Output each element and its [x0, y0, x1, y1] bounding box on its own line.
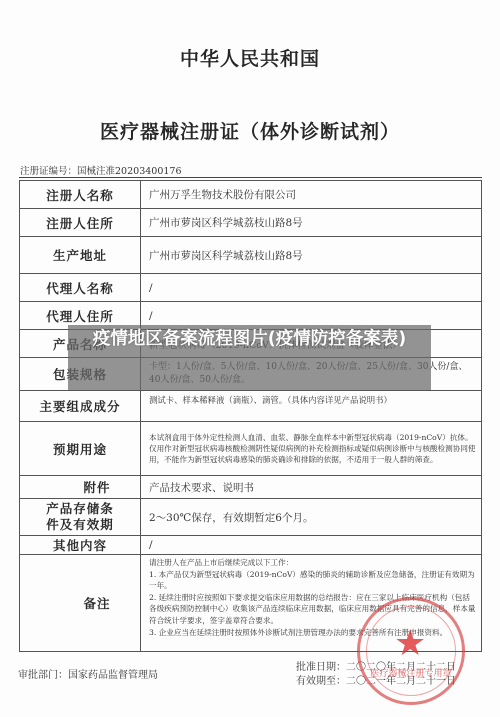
note-line: 1. 本产品仅为新型冠状病毒（2019-nCoV）感染的肺炎的辅助诊断及应急储备… [149, 569, 477, 592]
row-value: 广州万孚生物技术股份有限公司 [141, 181, 482, 209]
row-value: 2～30℃保存，有效期暂定6个月。 [141, 499, 482, 536]
row-value: 广州市萝岗区科学城荔枝山路8号 [141, 209, 482, 237]
table-row: 其他内容 / [20, 536, 482, 555]
note-line: 请注册人在产品上市后继续完成以下工作： [149, 557, 477, 569]
row-label: 附件 [20, 476, 141, 499]
approval-department: 审批部门：国家药品监督管理局 [18, 666, 158, 681]
certificate-table: 注册人名称 广州万孚生物技术股份有限公司 注册人住所 广州市萝岗区科学城荔枝山路… [19, 180, 482, 652]
seal-text: 医疗器械注册专用章 [360, 666, 462, 679]
caption-text: 疫情地区备案流程图片(疫情防控备案表) [68, 327, 431, 351]
row-value: 本试剂盒用于体外定性检测人血清、血浆、静脉全血样本中新型冠状病毒（2019-nC… [141, 422, 482, 476]
registration-number: 注册证编号：国械注准20203400176 [20, 163, 182, 177]
row-value: 测试卡、样本稀释液（滴瓶）、滴管。（具体内容详见产品说明书） [141, 391, 482, 422]
table-row: 注册人名称 广州万孚生物技术股份有限公司 [20, 181, 482, 209]
official-seal: ★ 医疗器械注册专用章 [357, 597, 465, 705]
row-value: / [141, 274, 482, 302]
row-value: / [141, 536, 482, 555]
table-row: 附件 产品技术要求、说明书 [20, 476, 482, 499]
row-label: 备注 [20, 555, 141, 652]
table-row: 注册人住所 广州市萝岗区科学城荔枝山路8号 [20, 209, 482, 237]
row-label: 生产地址 [20, 237, 141, 274]
country-title: 中华人民共和国 [0, 44, 500, 71]
table-row: 主要组成成分 测试卡、样本稀释液（滴瓶）、滴管。（具体内容详见产品说明书） [20, 391, 482, 422]
row-label-line: 件及有效期 [20, 517, 140, 533]
row-label: 产品存储条 件及有效期 [20, 499, 141, 536]
table-row: 产品存储条 件及有效期 2～30℃保存，有效期暂定6个月。 [20, 499, 482, 536]
row-label: 主要组成成分 [20, 391, 141, 422]
row-value: 产品技术要求、说明书 [141, 476, 482, 499]
divider [19, 177, 482, 178]
row-label: 预期用途 [20, 422, 141, 476]
registration-number-label: 注册证编号： [20, 166, 77, 177]
row-label: 其他内容 [20, 536, 141, 555]
table-row: 代理人名称 / [20, 274, 482, 302]
row-label: 注册人名称 [20, 181, 141, 209]
star-icon: ★ [394, 626, 426, 662]
row-label: 代理人名称 [20, 274, 141, 302]
certificate-title: 医疗器械注册证（体外诊断试剂） [0, 117, 500, 144]
row-label-line: 产品存储条 [20, 501, 140, 517]
row-label: 注册人住所 [20, 209, 141, 237]
table-row: 生产地址 广州市萝岗区科学城荔枝山路8号 [20, 237, 482, 274]
table-row: 预期用途 本试剂盒用于体外定性检测人血清、血浆、静脉全血样本中新型冠状病毒（20… [20, 422, 482, 476]
row-value: 广州市萝岗区科学城荔枝山路8号 [141, 237, 482, 274]
registration-number-value: 国械注准20203400176 [77, 166, 182, 177]
